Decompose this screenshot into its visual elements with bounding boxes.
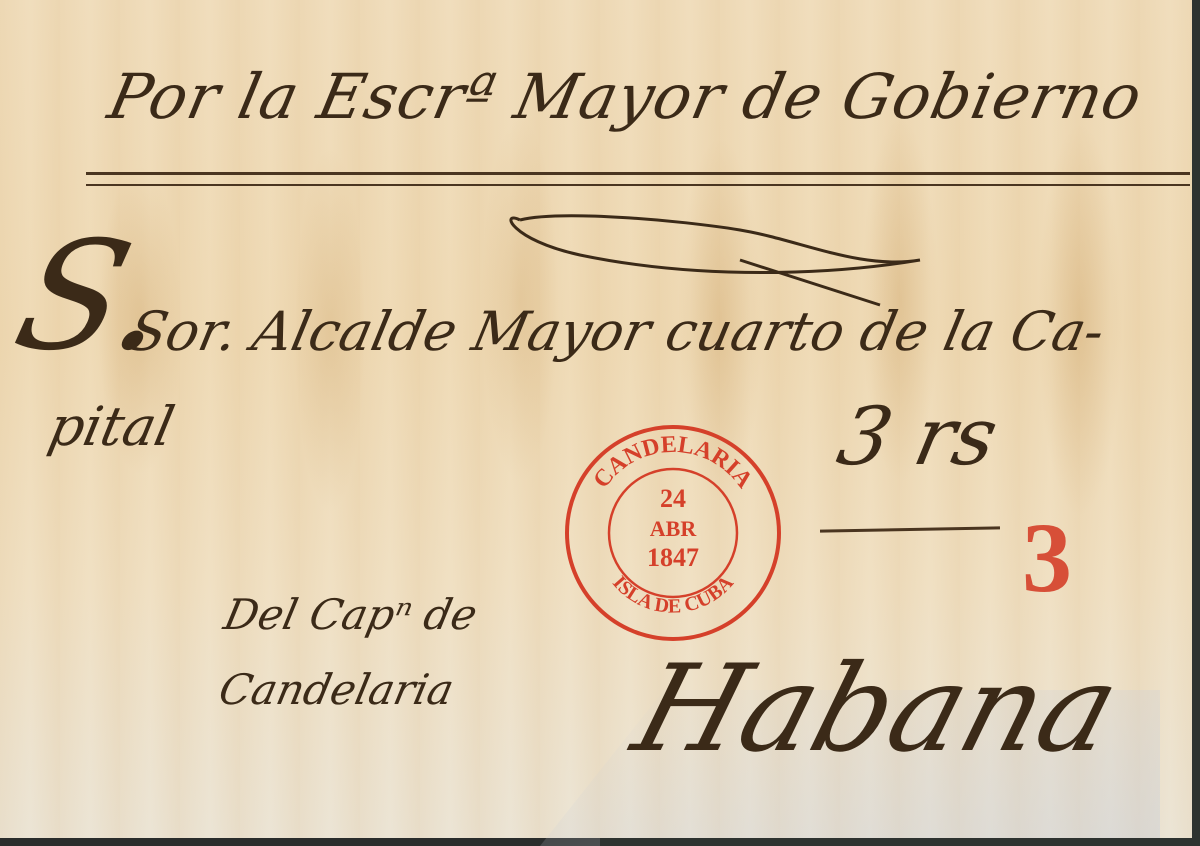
header-underline-second bbox=[86, 184, 1190, 186]
origin-line-2: Candelaria bbox=[215, 665, 458, 714]
rate-handstamp: 3 bbox=[1022, 500, 1072, 615]
addressee-line-1: Sor. Alcalde Mayor cuarto de la Ca- bbox=[123, 300, 1110, 363]
destination-city: Habana bbox=[620, 640, 1133, 779]
addressee-line-2: pital bbox=[43, 395, 179, 458]
header-underline bbox=[86, 172, 1190, 175]
postmark-year: 1847 bbox=[647, 543, 699, 572]
postmark-month: ABR bbox=[650, 516, 698, 541]
postmark-region: ISLA DE CUBA bbox=[608, 571, 738, 618]
header-inscription: Por la Escrª Mayor de Gobierno bbox=[102, 60, 1149, 133]
candelaria-postmark: CANDELARIA ISLA DE CUBA 24 ABR 1847 bbox=[562, 422, 784, 644]
scan-edge-bottom bbox=[600, 838, 1200, 846]
origin-line-1: Del Capⁿ de bbox=[220, 590, 482, 639]
manuscript-rate: 3 rs bbox=[830, 390, 1005, 483]
postmark-day: 24 bbox=[660, 484, 686, 513]
svg-text:ISLA DE CUBA: ISLA DE CUBA bbox=[608, 571, 738, 618]
scan-edge-right bbox=[1192, 0, 1200, 846]
